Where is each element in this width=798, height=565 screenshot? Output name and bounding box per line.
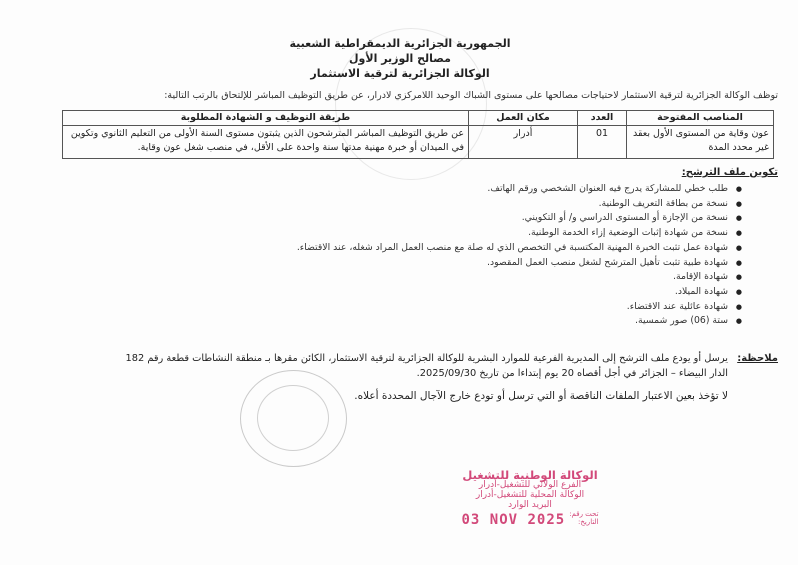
file-section-title: تكوين ملف الترشح: (682, 167, 778, 178)
header-place: مكان العمل (469, 111, 578, 126)
stamp-labels: تحت رقم: التاريخ: (569, 510, 598, 526)
list-item: طلب خطي للمشاركة يدرج فيه العنوان الشخصي… (297, 182, 728, 197)
stamp-date-row: تحت رقم: التاريخ: 03 NOV 2025 (445, 510, 615, 526)
table-header-row: المناصب المفتوحة العدد مكان العمل طريقة … (63, 111, 774, 126)
list-item: شهادة عمل تثبت الخبرة المهنية المكتسبة ف… (297, 241, 728, 256)
stamp-agency: الوكالة الوطنية للتشغيل (445, 470, 615, 480)
header-method: طريقة التوظيف و الشهادة المطلوبة (63, 111, 469, 126)
intro-paragraph: توظف الوكالة الجزائرية لترقية الاستثمار … (58, 90, 778, 101)
positions-table: المناصب المفتوحة العدد مكان العمل طريقة … (62, 110, 774, 159)
note-label: ملاحظة: (737, 353, 778, 364)
cell-count: 01 (578, 126, 627, 159)
list-item: ستة (06) صور شمسية. (297, 314, 728, 329)
official-seal-icon (240, 370, 347, 467)
stamp-date: 03 NOV 2025 (461, 515, 565, 525)
header-post: المناصب المفتوحة (627, 111, 774, 126)
header-count: العدد (578, 111, 627, 126)
list-item: شهادة طبية تثبت تأهيل المترشح لشغل منصب … (297, 256, 728, 271)
list-item: نسخة من بطاقة التعريف الوطنية. (297, 197, 728, 212)
list-item: شهادة عائلية عند الاقتضاء. (297, 300, 728, 315)
header-ministry: مصالح الوزير الأول (250, 51, 550, 66)
required-documents-list: طلب خطي للمشاركة يدرج فيه العنوان الشخصي… (297, 182, 742, 329)
warning-text: لا تؤخذ بعين الاعتبار الملفات الناقصة أو… (354, 390, 728, 402)
list-item: شهادة الإقامة. (297, 270, 728, 285)
list-item: شهادة الميلاد. (297, 285, 728, 300)
reception-stamp: الوكالة الوطنية للتشغيل الفرع الولائي لل… (445, 470, 615, 526)
stamp-number-label: تحت رقم: (569, 510, 598, 518)
list-item: نسخة من شهادة إثبات الوضعية إزاء الخدمة … (297, 226, 728, 241)
document-header: الجمهورية الجزائرية الديمقراطية الشعبية … (250, 36, 550, 81)
note-text: يرسل أو يودع ملف الترشح إلى المديرية الف… (108, 351, 728, 381)
header-agency: الوكالة الجزائرية لترقية الاستثمار (250, 66, 550, 81)
cell-post: عون وقاية من المستوى الأول بعقد غير محدد… (627, 126, 774, 159)
table-row: عون وقاية من المستوى الأول بعقد غير محدد… (63, 126, 774, 159)
cell-place: أدرار (469, 126, 578, 159)
header-republic: الجمهورية الجزائرية الديمقراطية الشعبية (250, 36, 550, 51)
stamp-local: الوكالة المحلية للتشغيل-أدرار (445, 490, 615, 500)
stamp-date-label: التاريخ: (569, 518, 598, 526)
cell-method: عن طريق التوظيف المباشر المترشحون الذين … (63, 126, 469, 159)
list-item: نسخة من الإجازة أو المستوى الدراسي و/ أو… (297, 211, 728, 226)
document-page: الجمهورية الجزائرية الديمقراطية الشعبية … (0, 0, 798, 565)
stamp-mail: البريد الوارد (445, 500, 615, 510)
